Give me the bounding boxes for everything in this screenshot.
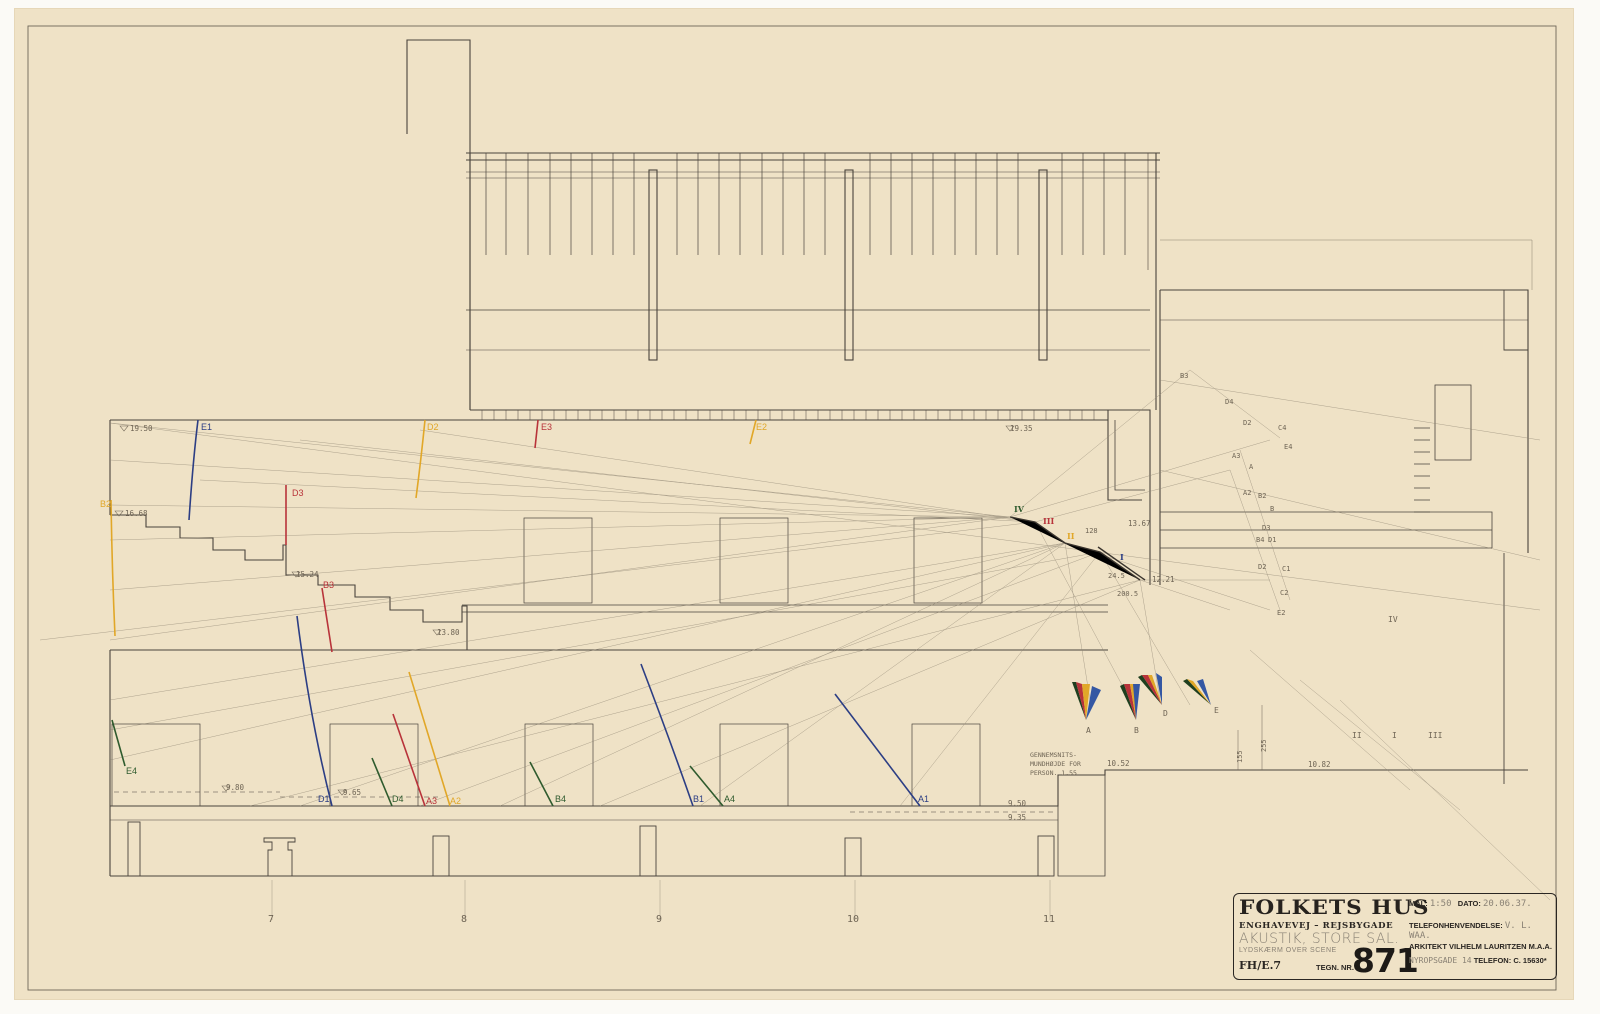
ray-group-label: I (1392, 731, 1397, 740)
dimension-text: 24.5 (1108, 572, 1125, 580)
reflector-label: IV (1014, 504, 1025, 514)
chimney-outline (407, 40, 470, 410)
seat-label: D4 (392, 794, 404, 804)
project-address: ENGHAVEVEJ – REJSBYGADE (1239, 921, 1393, 931)
image-point-label: C4 (1278, 424, 1286, 432)
date-label: DATO: (1458, 899, 1481, 908)
grid-axis-label: 11 (1043, 914, 1055, 925)
scale-date-row: MÅL: 1:50 DATO: 20.06.37. (1409, 899, 1532, 909)
seat-label: D2 (427, 422, 439, 432)
seat-label: D3 (292, 488, 304, 498)
ray-group-label: IV (1388, 615, 1398, 624)
dimension-text: 255 (1260, 739, 1268, 752)
grid-axis-label: 8 (461, 914, 467, 925)
contact-value-2: WAA. (1409, 931, 1431, 941)
acoustic-rays (40, 370, 1550, 900)
foundation-piers (110, 822, 1054, 876)
reflector-label: I (1120, 552, 1124, 562)
reflector-label: III (1043, 516, 1054, 526)
image-point-label: B (1270, 505, 1274, 513)
image-point-label: B4 (1256, 536, 1264, 544)
contact-row: TELEFONHENVENDELSE: V. L. (1409, 921, 1532, 931)
project-title: FOLKETS HUS (1239, 895, 1430, 919)
seat-label: B1 (693, 794, 704, 804)
seat-label: E1 (201, 422, 212, 432)
phone-value: C. 15630* (1513, 956, 1546, 965)
stage-house (1160, 290, 1528, 585)
stage-stair-treads (1160, 385, 1492, 548)
seat-label: A3 (426, 796, 437, 806)
elevation-mark: 13.80 (437, 628, 460, 637)
elevation-mark: 19.35 (1010, 424, 1033, 433)
drawing-code: FH/E.7 (1239, 959, 1281, 972)
grid-axis-label: 7 (268, 914, 274, 925)
dimension-text: 128 (1085, 527, 1098, 535)
drawing-number-label: TEGN. NR. (1316, 963, 1354, 972)
roof-truss (466, 153, 1160, 420)
wall-openings (112, 518, 982, 806)
seat-label: E4 (126, 766, 137, 776)
grid-axis-label: 10 (847, 914, 859, 925)
elevation-mark: 10.52 (1107, 759, 1130, 768)
truss-posts (649, 170, 1047, 360)
scale-label: MÅL: (1409, 899, 1428, 908)
dimension-text: 155 (1236, 750, 1244, 763)
elevation-mark: 16.68 (125, 509, 148, 518)
title-block: FOLKETS HUS ENGHAVEVEJ – REJSBYGADE AKUS… (1233, 893, 1557, 980)
seat-label: A1 (918, 794, 929, 804)
source-point-label: E (1214, 706, 1219, 715)
seat-label: A2 (450, 796, 461, 806)
note-line: MUNDHØJDE FOR (1030, 760, 1081, 768)
contact-value: V. L. (1505, 921, 1532, 931)
dimension-text: 200.5 (1117, 590, 1138, 598)
image-point-label: B2 (1258, 492, 1266, 500)
elevation-mark: 9.50 (1008, 799, 1027, 808)
acoustic-section-drawing: E1 D2 E3 E2 D3 B3 B2 E4 D1 D4 A3 A2 B4 B… (0, 0, 1600, 1014)
note-line: PERSON. 1.55 (1030, 769, 1077, 777)
ray-group-label: III (1428, 731, 1443, 740)
sheet-border (28, 26, 1556, 990)
grid-axis-label: 9 (656, 914, 662, 925)
image-point-label: C2 (1280, 589, 1288, 597)
source-point-label: A (1086, 726, 1091, 735)
seat-label: A4 (724, 794, 735, 804)
ray-group-label: II (1352, 731, 1362, 740)
image-point-label: D2 (1243, 419, 1251, 427)
elevation-mark: 9.35 (1008, 813, 1026, 822)
elevation-mark: 12.21 (1152, 575, 1175, 584)
elevation-mark: 19.50 (130, 424, 153, 433)
architect-name: ARKITEKT VILHELM LAURITZEN M.A.A. (1409, 942, 1552, 951)
image-point-label: D2 (1258, 563, 1266, 571)
seat-label: B4 (555, 794, 566, 804)
seat-label: E3 (541, 422, 552, 432)
image-point-label: E2 (1277, 609, 1285, 617)
image-point-label: B3 (1180, 372, 1188, 380)
phone-label: TELEFON: (1474, 956, 1512, 965)
seat-label: E2 (756, 422, 767, 432)
drawing-number: 871 (1352, 941, 1418, 980)
image-point-label: D1 (1268, 536, 1276, 544)
note-line: GENNEMSNITS- (1030, 751, 1077, 759)
drawing-subject-detail: LYDSKÆRM OVER SCENE (1239, 947, 1337, 954)
image-point-label: D4 (1225, 398, 1233, 406)
office-row: NYROPSGADE 14 TELEFON: C. 15630* (1409, 956, 1547, 965)
image-point-label: A2 (1243, 489, 1251, 497)
source-point-label: D (1163, 709, 1168, 718)
image-point-label: A3 (1232, 452, 1240, 460)
elevation-mark: 10.82 (1308, 760, 1331, 769)
image-point-label: C1 (1282, 565, 1290, 573)
seat-label: B3 (323, 580, 334, 590)
reflector-label: II (1067, 531, 1075, 541)
scale-value: 1:50 (1430, 899, 1452, 909)
date-value: 20.06.37. (1483, 899, 1532, 909)
image-point-label: A (1249, 463, 1254, 471)
elevation-mark: 15.24 (296, 570, 319, 579)
seat-label: B2 (100, 499, 111, 509)
seat-label: D1 (318, 794, 330, 804)
office-address: NYROPSGADE 14 (1409, 956, 1472, 965)
elevation-mark: 13.67 (1128, 519, 1151, 528)
image-point-label: D3 (1262, 524, 1270, 532)
elevation-mark: 9.65 (343, 788, 361, 797)
seat-marker-curves (111, 420, 920, 806)
image-point-label: E4 (1284, 443, 1292, 451)
contact-label: TELEFONHENVENDELSE: (1409, 921, 1503, 930)
source-fans (1072, 673, 1211, 720)
source-point-label: B (1134, 726, 1139, 735)
